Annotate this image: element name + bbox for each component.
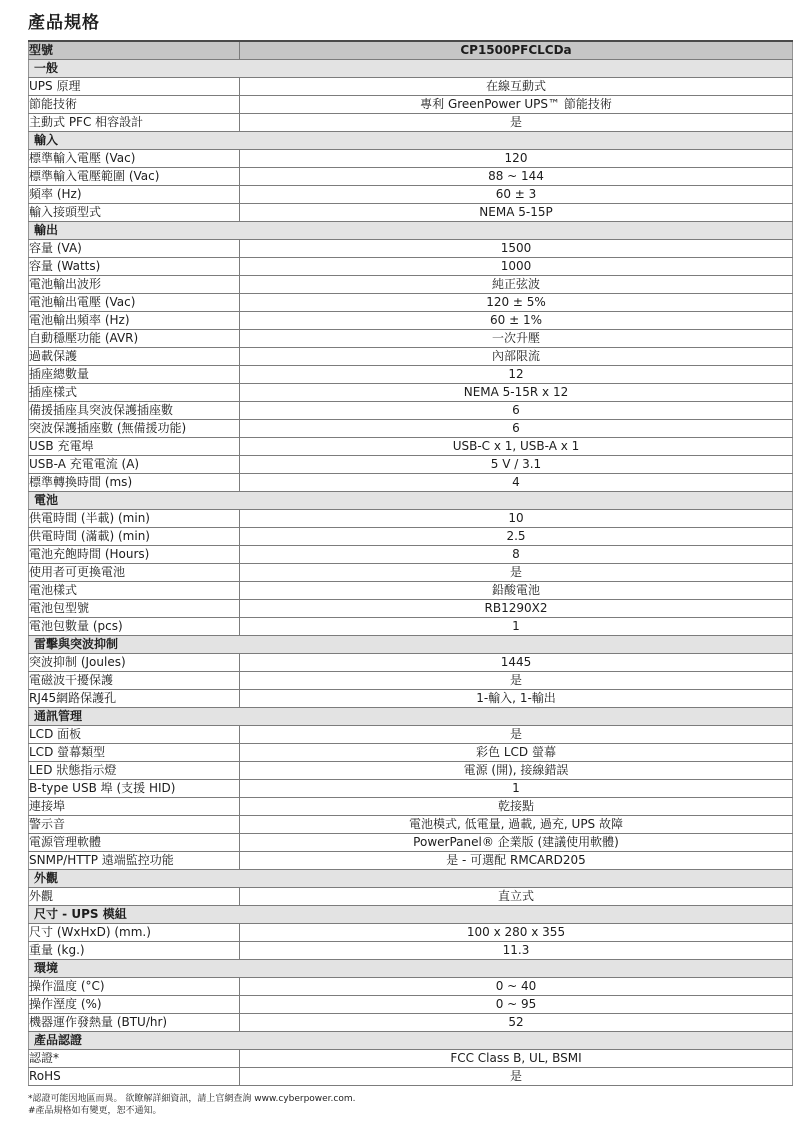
- spec-value: 電源 (開), 接線錯誤: [240, 762, 793, 780]
- spec-label: 插座樣式: [29, 384, 240, 402]
- spec-value: 是: [240, 726, 793, 744]
- spec-value: 120 ± 5%: [240, 294, 793, 312]
- footnote-certification: *認證可能因地區而異。 欲瞭解詳細資訊，請上官網查詢 www.cyberpowe…: [28, 1094, 800, 1106]
- spec-label: 突波保護插座數 (無備援功能): [29, 420, 240, 438]
- spec-value: 1: [240, 618, 793, 636]
- spec-value: 1-輸入, 1-輸出: [240, 690, 793, 708]
- section-row: 電池: [29, 492, 793, 510]
- spec-row: RJ45網路保護孔1-輸入, 1-輸出: [29, 690, 793, 708]
- section-header: 電池: [29, 492, 793, 510]
- spec-value: FCC Class B, UL, BSMI: [240, 1050, 793, 1068]
- spec-row: 備援插座具突波保護插座數6: [29, 402, 793, 420]
- spec-row: 操作溼度 (%)0 ~ 95: [29, 996, 793, 1014]
- spec-row: 電池輸出頻率 (Hz)60 ± 1%: [29, 312, 793, 330]
- spec-sheet-page: 產品規格 型號CP1500PFCLCDa一般UPS 原理在線互動式節能技術專利 …: [0, 0, 800, 1117]
- section-row: 尺寸 - UPS 模組: [29, 906, 793, 924]
- spec-label: 電池輸出電壓 (Vac): [29, 294, 240, 312]
- spec-label: 電池輸出頻率 (Hz): [29, 312, 240, 330]
- spec-row: 標準輸入電壓 (Vac)120: [29, 150, 793, 168]
- spec-row: RoHS是: [29, 1068, 793, 1086]
- section-row: 一般: [29, 60, 793, 78]
- spec-label: 主動式 PFC 相容設計: [29, 114, 240, 132]
- spec-label: 容量 (Watts): [29, 258, 240, 276]
- spec-value: 2.5: [240, 528, 793, 546]
- spec-label: B-type USB 埠 (支援 HID): [29, 780, 240, 798]
- spec-row: UPS 原理在線互動式: [29, 78, 793, 96]
- spec-value: 是 - 可選配 RMCARD205: [240, 852, 793, 870]
- spec-value: 彩色 LCD 螢幕: [240, 744, 793, 762]
- spec-label: 尺寸 (WxHxD) (mm.): [29, 924, 240, 942]
- footnotes: *認證可能因地區而異。 欲瞭解詳細資訊，請上官網查詢 www.cyberpowe…: [28, 1094, 800, 1117]
- spec-value: 0 ~ 95: [240, 996, 793, 1014]
- spec-label: 備援插座具突波保護插座數: [29, 402, 240, 420]
- spec-label: 操作溼度 (%): [29, 996, 240, 1014]
- section-row: 雷擊與突波抑制: [29, 636, 793, 654]
- spec-label: 電池包數量 (pcs): [29, 618, 240, 636]
- spec-row: USB-A 充電電流 (A)5 V / 3.1: [29, 456, 793, 474]
- spec-label: SNMP/HTTP 遠端監控功能: [29, 852, 240, 870]
- spec-row: 重量 (kg.)11.3: [29, 942, 793, 960]
- section-header: 尺寸 - UPS 模組: [29, 906, 793, 924]
- spec-row: 容量 (VA)1500: [29, 240, 793, 258]
- spec-value: 1445: [240, 654, 793, 672]
- section-header: 外觀: [29, 870, 793, 888]
- spec-value: 8: [240, 546, 793, 564]
- section-header: 輸入: [29, 132, 793, 150]
- spec-row: 機器運作發熱量 (BTU/hr)52: [29, 1014, 793, 1032]
- spec-label: 供電時間 (半載) (min): [29, 510, 240, 528]
- spec-row: SNMP/HTTP 遠端監控功能是 - 可選配 RMCARD205: [29, 852, 793, 870]
- spec-row: 標準輸入電壓範圍 (Vac)88 ~ 144: [29, 168, 793, 186]
- spec-label: 標準轉換時間 (ms): [29, 474, 240, 492]
- spec-row: 頻率 (Hz)60 ± 3: [29, 186, 793, 204]
- spec-value: 乾接點: [240, 798, 793, 816]
- spec-row: B-type USB 埠 (支援 HID)1: [29, 780, 793, 798]
- spec-value: NEMA 5-15P: [240, 204, 793, 222]
- spec-value: 純正弦波: [240, 276, 793, 294]
- spec-value: 0 ~ 40: [240, 978, 793, 996]
- spec-value: 1000: [240, 258, 793, 276]
- spec-value: 6: [240, 402, 793, 420]
- spec-row: LCD 螢幕類型彩色 LCD 螢幕: [29, 744, 793, 762]
- spec-value: 60 ± 1%: [240, 312, 793, 330]
- spec-row: 插座總數量12: [29, 366, 793, 384]
- spec-row: 尺寸 (WxHxD) (mm.)100 x 280 x 355: [29, 924, 793, 942]
- spec-value: 6: [240, 420, 793, 438]
- spec-value: 10: [240, 510, 793, 528]
- spec-value: 是: [240, 1068, 793, 1086]
- spec-row: 供電時間 (半載) (min)10: [29, 510, 793, 528]
- spec-value: 4: [240, 474, 793, 492]
- spec-table: 型號CP1500PFCLCDa一般UPS 原理在線互動式節能技術專利 Green…: [28, 40, 793, 1086]
- spec-row: 電源管理軟體PowerPanel® 企業版 (建議使用軟體): [29, 834, 793, 852]
- spec-row: USB 充電埠USB-C x 1, USB-A x 1: [29, 438, 793, 456]
- spec-label: LCD 螢幕類型: [29, 744, 240, 762]
- section-header: 通訊管理: [29, 708, 793, 726]
- spec-value: USB-C x 1, USB-A x 1: [240, 438, 793, 456]
- spec-label: USB-A 充電電流 (A): [29, 456, 240, 474]
- spec-label: 輸入接頭型式: [29, 204, 240, 222]
- spec-label: 頻率 (Hz): [29, 186, 240, 204]
- spec-label: 電磁波干擾保護: [29, 672, 240, 690]
- spec-value: 是: [240, 672, 793, 690]
- spec-value: 88 ~ 144: [240, 168, 793, 186]
- spec-label: 節能技術: [29, 96, 240, 114]
- spec-row: 容量 (Watts)1000: [29, 258, 793, 276]
- spec-row: 輸入接頭型式NEMA 5-15P: [29, 204, 793, 222]
- spec-value: 內部限流: [240, 348, 793, 366]
- spec-value: 是: [240, 114, 793, 132]
- spec-value: 在線互動式: [240, 78, 793, 96]
- spec-row: 主動式 PFC 相容設計是: [29, 114, 793, 132]
- spec-value: 12: [240, 366, 793, 384]
- spec-label: 標準輸入電壓 (Vac): [29, 150, 240, 168]
- spec-label: UPS 原理: [29, 78, 240, 96]
- spec-value: 專利 GreenPower UPS™ 節能技術: [240, 96, 793, 114]
- spec-value: RB1290X2: [240, 600, 793, 618]
- section-header: 雷擊與突波抑制: [29, 636, 793, 654]
- section-header: 環境: [29, 960, 793, 978]
- spec-label: 容量 (VA): [29, 240, 240, 258]
- spec-row: 電池樣式鉛酸電池: [29, 582, 793, 600]
- section-header: 一般: [29, 60, 793, 78]
- spec-label: 電池包型號: [29, 600, 240, 618]
- spec-row: 過載保護內部限流: [29, 348, 793, 366]
- spec-row: 電池充飽時間 (Hours)8: [29, 546, 793, 564]
- spec-label: 電池輸出波形: [29, 276, 240, 294]
- spec-row: 電池輸出電壓 (Vac)120 ± 5%: [29, 294, 793, 312]
- spec-value: 5 V / 3.1: [240, 456, 793, 474]
- spec-row: 警示音電池模式, 低電量, 過載, 過充, UPS 故障: [29, 816, 793, 834]
- section-row: 輸出: [29, 222, 793, 240]
- spec-label: RJ45網路保護孔: [29, 690, 240, 708]
- spec-row: 電池包數量 (pcs)1: [29, 618, 793, 636]
- spec-label: 外觀: [29, 888, 240, 906]
- spec-label: RoHS: [29, 1068, 240, 1086]
- spec-row: 自動穩壓功能 (AVR)一次升壓: [29, 330, 793, 348]
- spec-value: 60 ± 3: [240, 186, 793, 204]
- spec-value: 一次升壓: [240, 330, 793, 348]
- spec-value: 直立式: [240, 888, 793, 906]
- footnote-spec-change: #產品規格如有變更，恕不通知。: [28, 1106, 800, 1118]
- spec-row: 節能技術專利 GreenPower UPS™ 節能技術: [29, 96, 793, 114]
- page-title: 產品規格: [28, 8, 800, 33]
- spec-value: PowerPanel® 企業版 (建議使用軟體): [240, 834, 793, 852]
- spec-value: 120: [240, 150, 793, 168]
- spec-row: 使用者可更換電池是: [29, 564, 793, 582]
- spec-label: LED 狀態指示燈: [29, 762, 240, 780]
- spec-row: 外觀直立式: [29, 888, 793, 906]
- spec-value: 100 x 280 x 355: [240, 924, 793, 942]
- spec-row: 電磁波干擾保護是: [29, 672, 793, 690]
- spec-label: 警示音: [29, 816, 240, 834]
- model-row: 型號CP1500PFCLCDa: [29, 41, 793, 60]
- spec-label: 標準輸入電壓範圍 (Vac): [29, 168, 240, 186]
- model-value: CP1500PFCLCDa: [240, 41, 793, 60]
- spec-row: 操作溫度 (°C)0 ~ 40: [29, 978, 793, 996]
- spec-label: LCD 面板: [29, 726, 240, 744]
- spec-value: 52: [240, 1014, 793, 1032]
- spec-label: 連接埠: [29, 798, 240, 816]
- model-label: 型號: [29, 41, 240, 60]
- spec-value: 電池模式, 低電量, 過載, 過充, UPS 故障: [240, 816, 793, 834]
- section-header: 輸出: [29, 222, 793, 240]
- spec-value: 1500: [240, 240, 793, 258]
- spec-label: 電源管理軟體: [29, 834, 240, 852]
- section-row: 輸入: [29, 132, 793, 150]
- spec-label: 供電時間 (滿載) (min): [29, 528, 240, 546]
- section-row: 產品認證: [29, 1032, 793, 1050]
- spec-label: 重量 (kg.): [29, 942, 240, 960]
- section-row: 環境: [29, 960, 793, 978]
- spec-value: NEMA 5-15R x 12: [240, 384, 793, 402]
- spec-label: 插座總數量: [29, 366, 240, 384]
- section-row: 外觀: [29, 870, 793, 888]
- spec-row: 電池輸出波形純正弦波: [29, 276, 793, 294]
- spec-label: 過載保護: [29, 348, 240, 366]
- spec-label: 使用者可更換電池: [29, 564, 240, 582]
- spec-row: 突波保護插座數 (無備援功能)6: [29, 420, 793, 438]
- spec-value: 是: [240, 564, 793, 582]
- spec-value: 1: [240, 780, 793, 798]
- spec-row: 電池包型號RB1290X2: [29, 600, 793, 618]
- spec-label: 自動穩壓功能 (AVR): [29, 330, 240, 348]
- spec-label: 機器運作發熱量 (BTU/hr): [29, 1014, 240, 1032]
- spec-value: 鉛酸電池: [240, 582, 793, 600]
- spec-row: 標準轉換時間 (ms)4: [29, 474, 793, 492]
- spec-row: LCD 面板是: [29, 726, 793, 744]
- spec-row: 連接埠乾接點: [29, 798, 793, 816]
- spec-label: USB 充電埠: [29, 438, 240, 456]
- spec-label: 電池樣式: [29, 582, 240, 600]
- spec-label: 認證*: [29, 1050, 240, 1068]
- spec-row: 認證*FCC Class B, UL, BSMI: [29, 1050, 793, 1068]
- spec-row: LED 狀態指示燈電源 (開), 接線錯誤: [29, 762, 793, 780]
- spec-label: 操作溫度 (°C): [29, 978, 240, 996]
- spec-row: 供電時間 (滿載) (min)2.5: [29, 528, 793, 546]
- section-row: 通訊管理: [29, 708, 793, 726]
- spec-row: 插座樣式NEMA 5-15R x 12: [29, 384, 793, 402]
- spec-label: 突波抑制 (Joules): [29, 654, 240, 672]
- section-header: 產品認證: [29, 1032, 793, 1050]
- spec-row: 突波抑制 (Joules)1445: [29, 654, 793, 672]
- spec-label: 電池充飽時間 (Hours): [29, 546, 240, 564]
- spec-value: 11.3: [240, 942, 793, 960]
